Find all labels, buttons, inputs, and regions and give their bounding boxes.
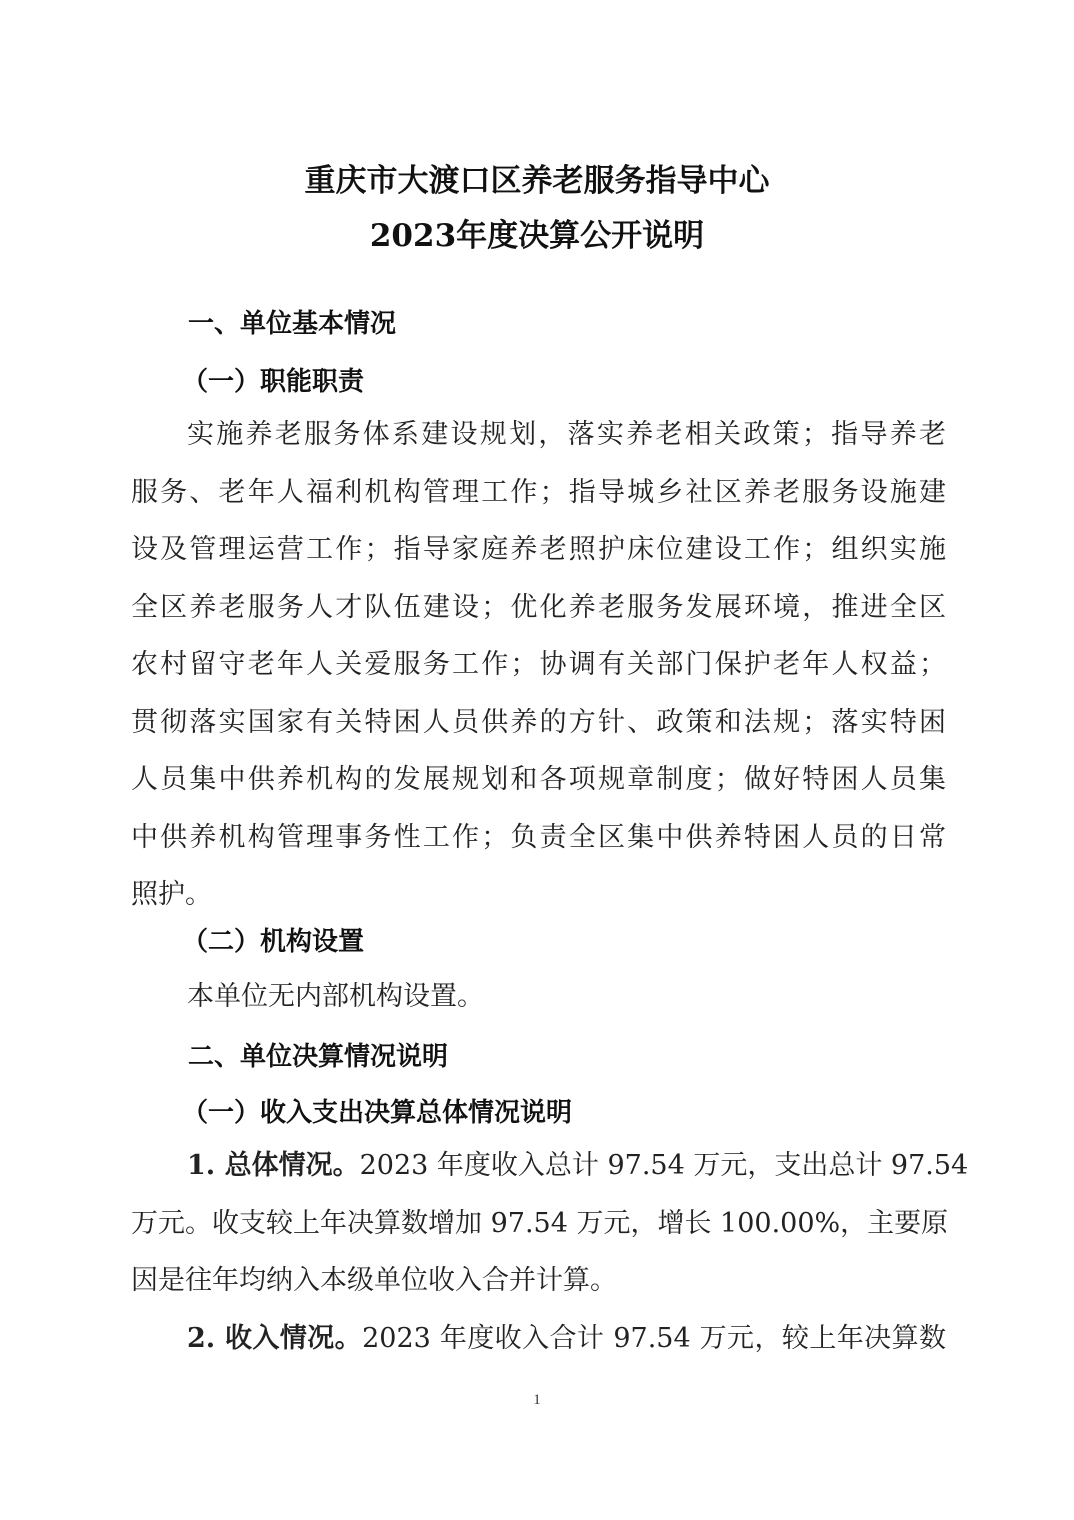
duties-line: 照护。: [131, 866, 946, 924]
income-label: 2. 收入情况。: [187, 1323, 362, 1354]
duties-line: 农村留守老年人关爱服务工作；协调有关部门保护老年人权益；: [131, 636, 946, 694]
duties-line: 设及管理运营工作；指导家庭养老照护床位建设工作；组织实施: [131, 521, 946, 579]
overall-text: 2023 年度收入总计 97.54 万元，支出总计 97.54: [360, 1150, 969, 1181]
duties-line: 中供养机构管理事务性工作；负责全区集中供养特困人员的日常: [131, 809, 946, 867]
overall-paragraph: 1. 总体情况。2023 年度收入总计 97.54 万元，支出总计 97.54 …: [131, 1137, 946, 1310]
income-line: 2. 收入情况。2023 年度收入合计 97.54 万元，较上年决算数: [131, 1310, 946, 1368]
section1-heading: 一、单位基本情况: [188, 303, 396, 340]
duties-line: 服务、老年人福利机构管理工作；指导城乡社区养老服务设施建: [131, 464, 946, 522]
overall-line: 万元。收支较上年决算数增加 97.54 万元，增长 100.00%，主要原: [131, 1195, 946, 1253]
overall-line: 因是往年均纳入本级单位收入合并计算。: [131, 1252, 946, 1310]
overall-label: 1. 总体情况。: [187, 1150, 360, 1181]
income-text: 2023 年度收入合计 97.54 万元，较上年决算数: [362, 1323, 946, 1354]
duties-line: 人员集中供养机构的发展规划和各项规章制度；做好特困人员集: [131, 751, 946, 809]
duties-line: 全区养老服务人才队伍建设；优化养老服务发展环境，推进全区: [131, 579, 946, 637]
income-paragraph: 2. 收入情况。2023 年度收入合计 97.54 万元，较上年决算数: [131, 1310, 946, 1368]
section2-sub1-heading: （一）收入支出决算总体情况说明: [182, 1092, 572, 1129]
org-structure-text: 本单位无内部机构设置。: [187, 968, 1002, 1026]
document-title-line1: 重庆市大渡口区养老服务指导中心: [0, 155, 1074, 200]
document-page: 重庆市大渡口区养老服务指导中心 2023年度决算公开说明 一、单位基本情况 （一…: [0, 0, 1074, 1520]
overall-line: 1. 总体情况。2023 年度收入总计 97.54 万元，支出总计 97.54: [131, 1137, 946, 1195]
section1-sub1-heading: （一）职能职责: [182, 361, 364, 398]
document-title-line2: 2023年度决算公开说明: [0, 210, 1074, 255]
duties-line: 贯彻落实国家有关特困人员供养的方针、政策和法规；落实特困: [131, 694, 946, 752]
duties-paragraph: 实施养老服务体系建设规划，落实养老相关政策；指导养老 服务、老年人福利机构管理工…: [131, 406, 946, 924]
section1-sub2-heading: （二）机构设置: [182, 921, 364, 958]
section2-heading: 二、单位决算情况说明: [188, 1036, 448, 1073]
page-number: 1: [0, 1392, 1074, 1409]
duties-line: 实施养老服务体系建设规划，落实养老相关政策；指导养老: [131, 406, 946, 464]
